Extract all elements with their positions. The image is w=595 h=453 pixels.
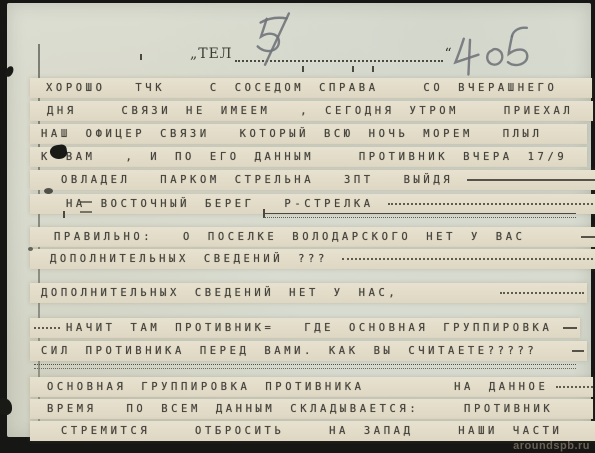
telegram-line: ВРЕМЯ ПО ВСЕМ ДАННЫМ СКЛАДЫВАЕТСЯ: ПРОТИ… [30, 399, 593, 419]
telegram-line: ПРАВИЛЬНО: О ПОСЕЛКЕ ВОЛОДАРСКОГО НЕТ У … [30, 227, 595, 247]
line-text: ОВЛАДЕЛ ПАРКОМ СТРЕЛЬНА ЗПТ ВЫЙДЯ [61, 174, 453, 186]
telegram-line: НА ВОСТОЧНЫЙ БЕРЕГ Р-СТРЕЛКА [30, 194, 595, 214]
line-text: ВРЕМЯ ПО ВСЕМ ДАННЫМ СКЛАДЫВАЕТСЯ: ПРОТИ… [47, 403, 553, 415]
telegram-line: ХОРОШО ТЧК С СОСЕДОМ СПРАВА СО ВЧЕРАШНЕГ… [30, 78, 592, 98]
line-text: ДНЯ СВЯЗИ НЕ ИМЕЕМ , СЕГОДНЯ УТРОМ ПРИЕХ… [47, 105, 573, 117]
line-text: СИЛ ПРОТИВНИКА ПЕРЕД ВАМИ. КАК ВЫ СЧИТАЕ… [41, 345, 537, 357]
telegram-line: ДОПОЛНИТЕЛЬНЫХ СВЕДЕНИЙ ??? [30, 249, 595, 269]
ink-blot [28, 247, 33, 251]
fill-rule [388, 203, 595, 205]
telegram-line: К ВАМ , И ПО ЕГО ДАННЫМ ПРОТИВНИК ВЧЕРА … [30, 147, 587, 167]
tick-mark [352, 66, 354, 72]
line-text: ПРАВИЛЬНО: О ПОСЕЛКЕ ВОЛОДАРСКОГО НЕТ У … [54, 231, 526, 243]
line-text: ДОПОЛНИТЕЛЬНЫХ СВЕДЕНИЙ ??? [50, 253, 328, 265]
fill-rule [563, 327, 577, 329]
telegram-line: ОСНОВНАЯ ГРУППИРОВКА ПРОТИВНИКА НА ДАННО… [30, 377, 593, 397]
telegram-line: СИЛ ПРОТИВНИКА ПЕРЕД ВАМИ. КАК ВЫ СЧИТАЕ… [30, 341, 587, 361]
form-label: „ТЕЛ [190, 46, 233, 62]
registration-marks [80, 201, 92, 213]
telegram-line: НАЧИТ ТАМ ПРОТИВНИК= ГДЕ ОСНОВНАЯ ГРУППИ… [30, 318, 580, 338]
separator-tick [63, 211, 65, 218]
telegram-line: НАШ ОФИЦЕР СВЯЗИ КОТОРЫЙ ВСЮ НОЧЬ МОРЕМ … [30, 124, 587, 144]
fill-rule [572, 350, 584, 352]
fill-rule [342, 258, 593, 260]
line-text: НА ВОСТОЧНЫЙ БЕРЕГ Р-СТРЕЛКА [66, 198, 374, 210]
watermark: aroundspb.ru [513, 440, 590, 452]
ink-blot [44, 188, 53, 194]
line-text: К ВАМ , И ПО ЕГО ДАННЫМ ПРОТИВНИК ВЧЕРА … [41, 151, 567, 163]
line-text: ОСНОВНАЯ ГРУППИРОВКА ПРОТИВНИКА НА ДАННО… [47, 381, 548, 393]
tick-mark [302, 66, 304, 72]
line-text: СТРЕМИТСЯ ОТБРОСИТЬ НА ЗАПАД НАШИ ЧАСТИ [61, 425, 562, 437]
fill-rule [581, 236, 595, 238]
line-text: ДОПОЛНИТЕЛЬНЫХ СВЕДЕНИЙ НЕТ У НАС, [41, 287, 398, 299]
line-text: НАШ ОФИЦЕР СВЯЗИ КОТОРЫЙ ВСЮ НОЧЬ МОРЕМ … [41, 128, 542, 140]
tick-mark [372, 66, 374, 72]
tick-mark [140, 54, 142, 60]
fill-rule [467, 179, 595, 181]
section-separator [34, 364, 576, 369]
telegram-line: ОВЛАДЕЛ ПАРКОМ СТРЕЛЬНА ЗПТ ВЫЙДЯ [30, 170, 595, 190]
section-separator [264, 213, 576, 218]
telegram-line: ДОПОЛНИТЕЛЬНЫХ СВЕДЕНИЙ НЕТ У НАС, [30, 283, 587, 303]
form-header: „ТЕЛ “ [190, 46, 453, 62]
fill-rule [500, 292, 584, 294]
telegram-line: СТРЕМИТСЯ ОТБРОСИТЬ НА ЗАПАД НАШИ ЧАСТИ [30, 421, 595, 441]
line-text: НАЧИТ ТАМ ПРОТИВНИК= ГДЕ ОСНОВНАЯ ГРУППИ… [66, 322, 552, 334]
lead-rule [34, 327, 60, 329]
fill-rule [556, 386, 593, 388]
telegram-line: ДНЯ СВЯЗИ НЕ ИМЕЕМ , СЕГОДНЯ УТРОМ ПРИЕХ… [30, 101, 593, 121]
handwritten-page-number-5 [245, 7, 303, 69]
line-text: ХОРОШО ТЧК С СОСЕДОМ СПРАВА СО ВЧЕРАШНЕГ… [46, 82, 557, 94]
